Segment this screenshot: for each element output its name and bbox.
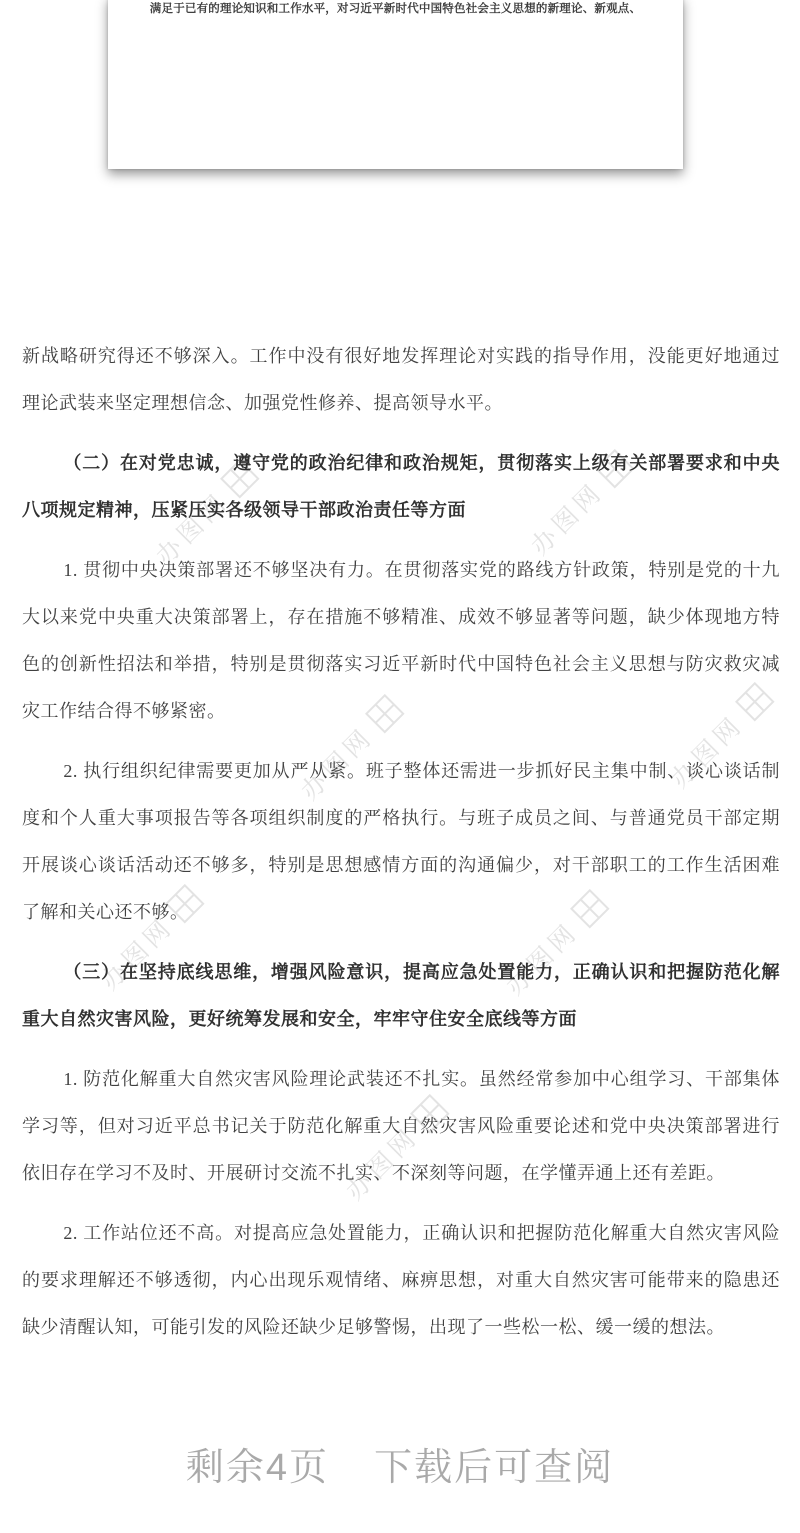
document-body: 新战略研究得还不够深入。工作中没有很好地发挥理论对实践的指导作用，没能更好地通过… [0,333,800,1364]
paragraph-2: （二）在对党忠诚，遵守党的政治纪律和政治规矩，贯彻落实上级有关部署要求和中央八项… [22,440,780,534]
download-hint-label: 下载后可查阅 [374,1447,614,1489]
remaining-pages-label: 剩余4页 [186,1447,329,1489]
previous-page-card: 满足于已有的理论知识和工作水平，对习近平新时代中国特色社会主义思想的新理论、新观… [108,0,683,169]
paragraph-5: （三）在坚持底线思维，增强风险意识，提高应急处置能力，正确认识和把握防范化解重大… [22,949,780,1043]
previous-page-tail-text: 满足于已有的理论知识和工作水平，对习近平新时代中国特色社会主义思想的新理论、新观… [108,0,683,16]
paragraph-3: 1. 贯彻中央决策部署还不够坚决有力。在贯彻落实党的路线方针政策，特别是党的十九… [22,547,780,735]
paragraph-6: 1. 防范化解重大自然灾害风险理论武装还不扎实。虽然经常参加中心组学习、干部集体… [22,1056,780,1197]
document-preview-page: 满足于已有的理论知识和工作水平，对习近平新时代中国特色社会主义思想的新理论、新观… [0,0,800,1533]
paragraph-4: 2. 执行组织纪律需要更加从严从紧。班子整体还需进一步抓好民主集中制、谈心谈话制… [22,748,780,936]
paragraph-7: 2. 工作站位还不高。对提高应急处置能力，正确认识和把握防范化解重大自然灾害风险… [22,1210,780,1351]
footer-prompt: 剩余4页下载后可查阅 [0,1436,800,1491]
paragraph-1: 新战略研究得还不够深入。工作中没有很好地发挥理论对实践的指导作用，没能更好地通过… [22,333,780,427]
